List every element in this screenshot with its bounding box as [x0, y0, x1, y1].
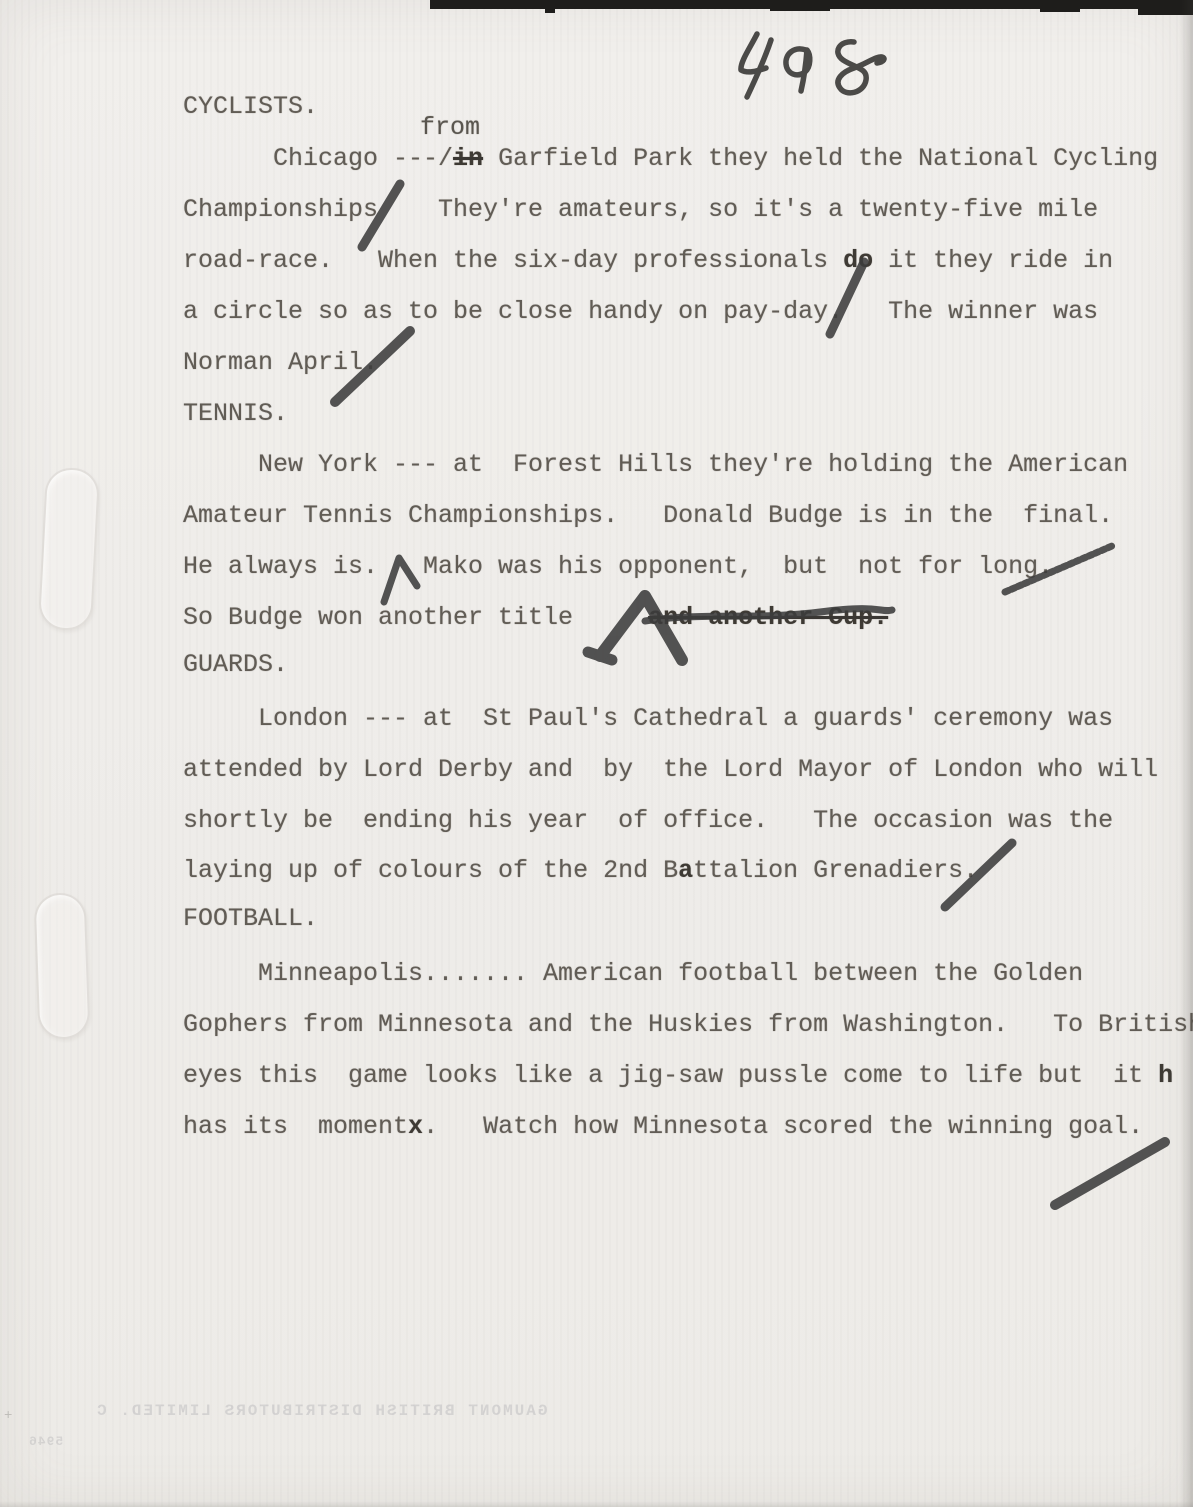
line-segment: Norman April. [183, 348, 378, 377]
line-segment: Amateur Tennis Championships. Donald Bud… [183, 501, 1113, 530]
script-line: road-race. When the six-day professional… [183, 244, 1113, 278]
line-segment: laying up of colours of the 2nd B [183, 856, 678, 885]
script-line: GUARDS. [183, 648, 288, 682]
line-segment: shortly be ending his year of office. Th… [183, 806, 1113, 835]
line-segment: do [843, 246, 873, 275]
script-line: Norman April. [183, 346, 378, 380]
typed-text-layer: CYCLISTS. Chicago ---/in Garfield Park t… [0, 0, 1193, 1507]
line-segment: FOOTBALL. [183, 904, 318, 933]
margin-mark: + [4, 1408, 12, 1424]
line-segment: h [1158, 1061, 1173, 1090]
script-line: Championships They're amateurs, so it's … [183, 193, 1098, 227]
script-line: London --- at St Paul's Cathedral a guar… [183, 702, 1113, 736]
line-segment: Championships They're amateurs, so it's … [183, 195, 1098, 224]
punch-hole-bottom [33, 892, 90, 1040]
typed-correction-from: from [420, 113, 480, 142]
line-segment: Gophers from Minnesota and the Huskies f… [183, 1010, 1193, 1039]
line-segment: TENNIS. [183, 399, 288, 428]
line-segment: road-race. When the six-day professional… [183, 246, 843, 275]
punch-hole-top [38, 467, 100, 632]
line-segment: it they ride in [873, 246, 1113, 275]
script-line: TENNIS. [183, 397, 288, 431]
line-segment: eyes this game looks like a jig-saw puss… [183, 1061, 1158, 1090]
scan-edge-bottom [0, 1501, 1193, 1507]
script-line: has its momentx. Watch how Minnesota sco… [183, 1110, 1143, 1144]
line-segment: in [453, 144, 483, 173]
script-line: FOOTBALL. [183, 902, 318, 936]
script-line: Gophers from Minnesota and the Huskies f… [183, 1008, 1193, 1042]
line-segment: Chicago ---/ [183, 144, 453, 173]
script-line: CYCLISTS. [183, 90, 318, 124]
line-segment: and another Cup. [648, 603, 888, 632]
line-segment: New York --- at Forest Hills they're hol… [183, 450, 1128, 479]
line-segment: a [678, 856, 693, 885]
script-line: Minneapolis....... American football bet… [183, 957, 1083, 991]
scan-edge-right [1179, 0, 1193, 1507]
script-line: He always is. Mako was his opponent, but… [183, 550, 1053, 584]
script-line: Chicago ---/in Garfield Park they held t… [183, 142, 1158, 176]
script-line: eyes this game looks like a jig-saw puss… [183, 1059, 1173, 1093]
line-segment: . Watch how Minnesota scored the winning… [423, 1112, 1143, 1141]
line-segment: x [408, 1112, 423, 1141]
script-line: New York --- at Forest Hills they're hol… [183, 448, 1128, 482]
line-segment: has its moment [183, 1112, 408, 1141]
line-segment: attended by Lord Derby and by the Lord M… [183, 755, 1158, 784]
bleed-through-stamp: GAUMONT BRITISH DISTRIBUTORS LIMITED. C [95, 1402, 547, 1420]
line-segment: Minneapolis....... American football bet… [183, 959, 1083, 988]
script-line: shortly be ending his year of office. Th… [183, 804, 1113, 838]
line-segment: London --- at St Paul's Cathedral a guar… [183, 704, 1113, 733]
script-line: a circle so as to be close handy on pay-… [183, 295, 1098, 329]
line-segment: He always is. Mako was his opponent, but… [183, 552, 1053, 581]
script-line: So Budge won another title and another C… [183, 601, 888, 635]
bleed-through-number: 5946 [28, 1434, 63, 1449]
line-segment: Garfield Park they held the National Cyc… [483, 144, 1158, 173]
script-line: laying up of colours of the 2nd Battalio… [183, 854, 978, 888]
line-segment: GUARDS. [183, 650, 288, 679]
line-segment: ttalion Grenadiers. [693, 856, 978, 885]
script-line: attended by Lord Derby and by the Lord M… [183, 753, 1158, 787]
line-segment: CYCLISTS. [183, 92, 318, 121]
scanned-script-page: CYCLISTS. Chicago ---/in Garfield Park t… [0, 0, 1193, 1507]
line-segment: So Budge won another title [183, 603, 648, 632]
line-segment: a circle so as to be close handy on pay-… [183, 297, 1098, 326]
script-line: Amateur Tennis Championships. Donald Bud… [183, 499, 1113, 533]
